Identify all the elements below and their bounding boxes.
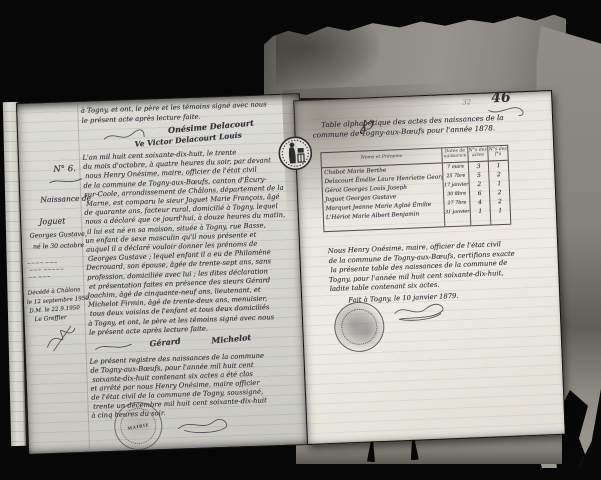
archival-scan: N° 6. Naissance de Joguet Georges Gustav… (0, 0, 601, 480)
left-register-page: N° 6. Naissance de Joguet Georges Gustav… (16, 93, 312, 455)
signature-flourish (93, 340, 133, 353)
births-table: Noms et Prénoms Dates de naissance N°s d… (320, 145, 511, 232)
birth-act-text: L'an mil huit cent soixante-dix-huit, le… (83, 146, 301, 337)
stamp-label: MAIRIE (127, 422, 150, 431)
revenue-seal-icon (277, 135, 314, 172)
margin-flourish (48, 176, 84, 187)
column-header: N°s des f°s (487, 146, 508, 161)
margin-title-line: Joguet (39, 216, 66, 226)
ornamental-flourish: ℘ (359, 110, 374, 135)
margin-mention-scribble: ~~~~ ~~~ (26, 260, 57, 267)
margin-mention-scribble: ~~ ~~~ (28, 274, 51, 281)
column-header: Dates de naissance (441, 147, 468, 162)
certification-text: Nous Henry Onésime, maire, officier de l… (328, 238, 544, 295)
right-table-page: 32 46 Table alphabétique des actes des n… (293, 90, 566, 445)
pencil-mark: 32 (462, 98, 471, 106)
act-number: N° 6. (53, 164, 76, 175)
greffier-signature-flourish (41, 324, 80, 353)
margin-mention-scribble: ~~~ ~~~~~ (29, 266, 64, 273)
mayor-signature-flourish (174, 415, 231, 435)
column-header: N°s des actes (467, 147, 488, 162)
mayor-signature-flourish (390, 299, 449, 321)
